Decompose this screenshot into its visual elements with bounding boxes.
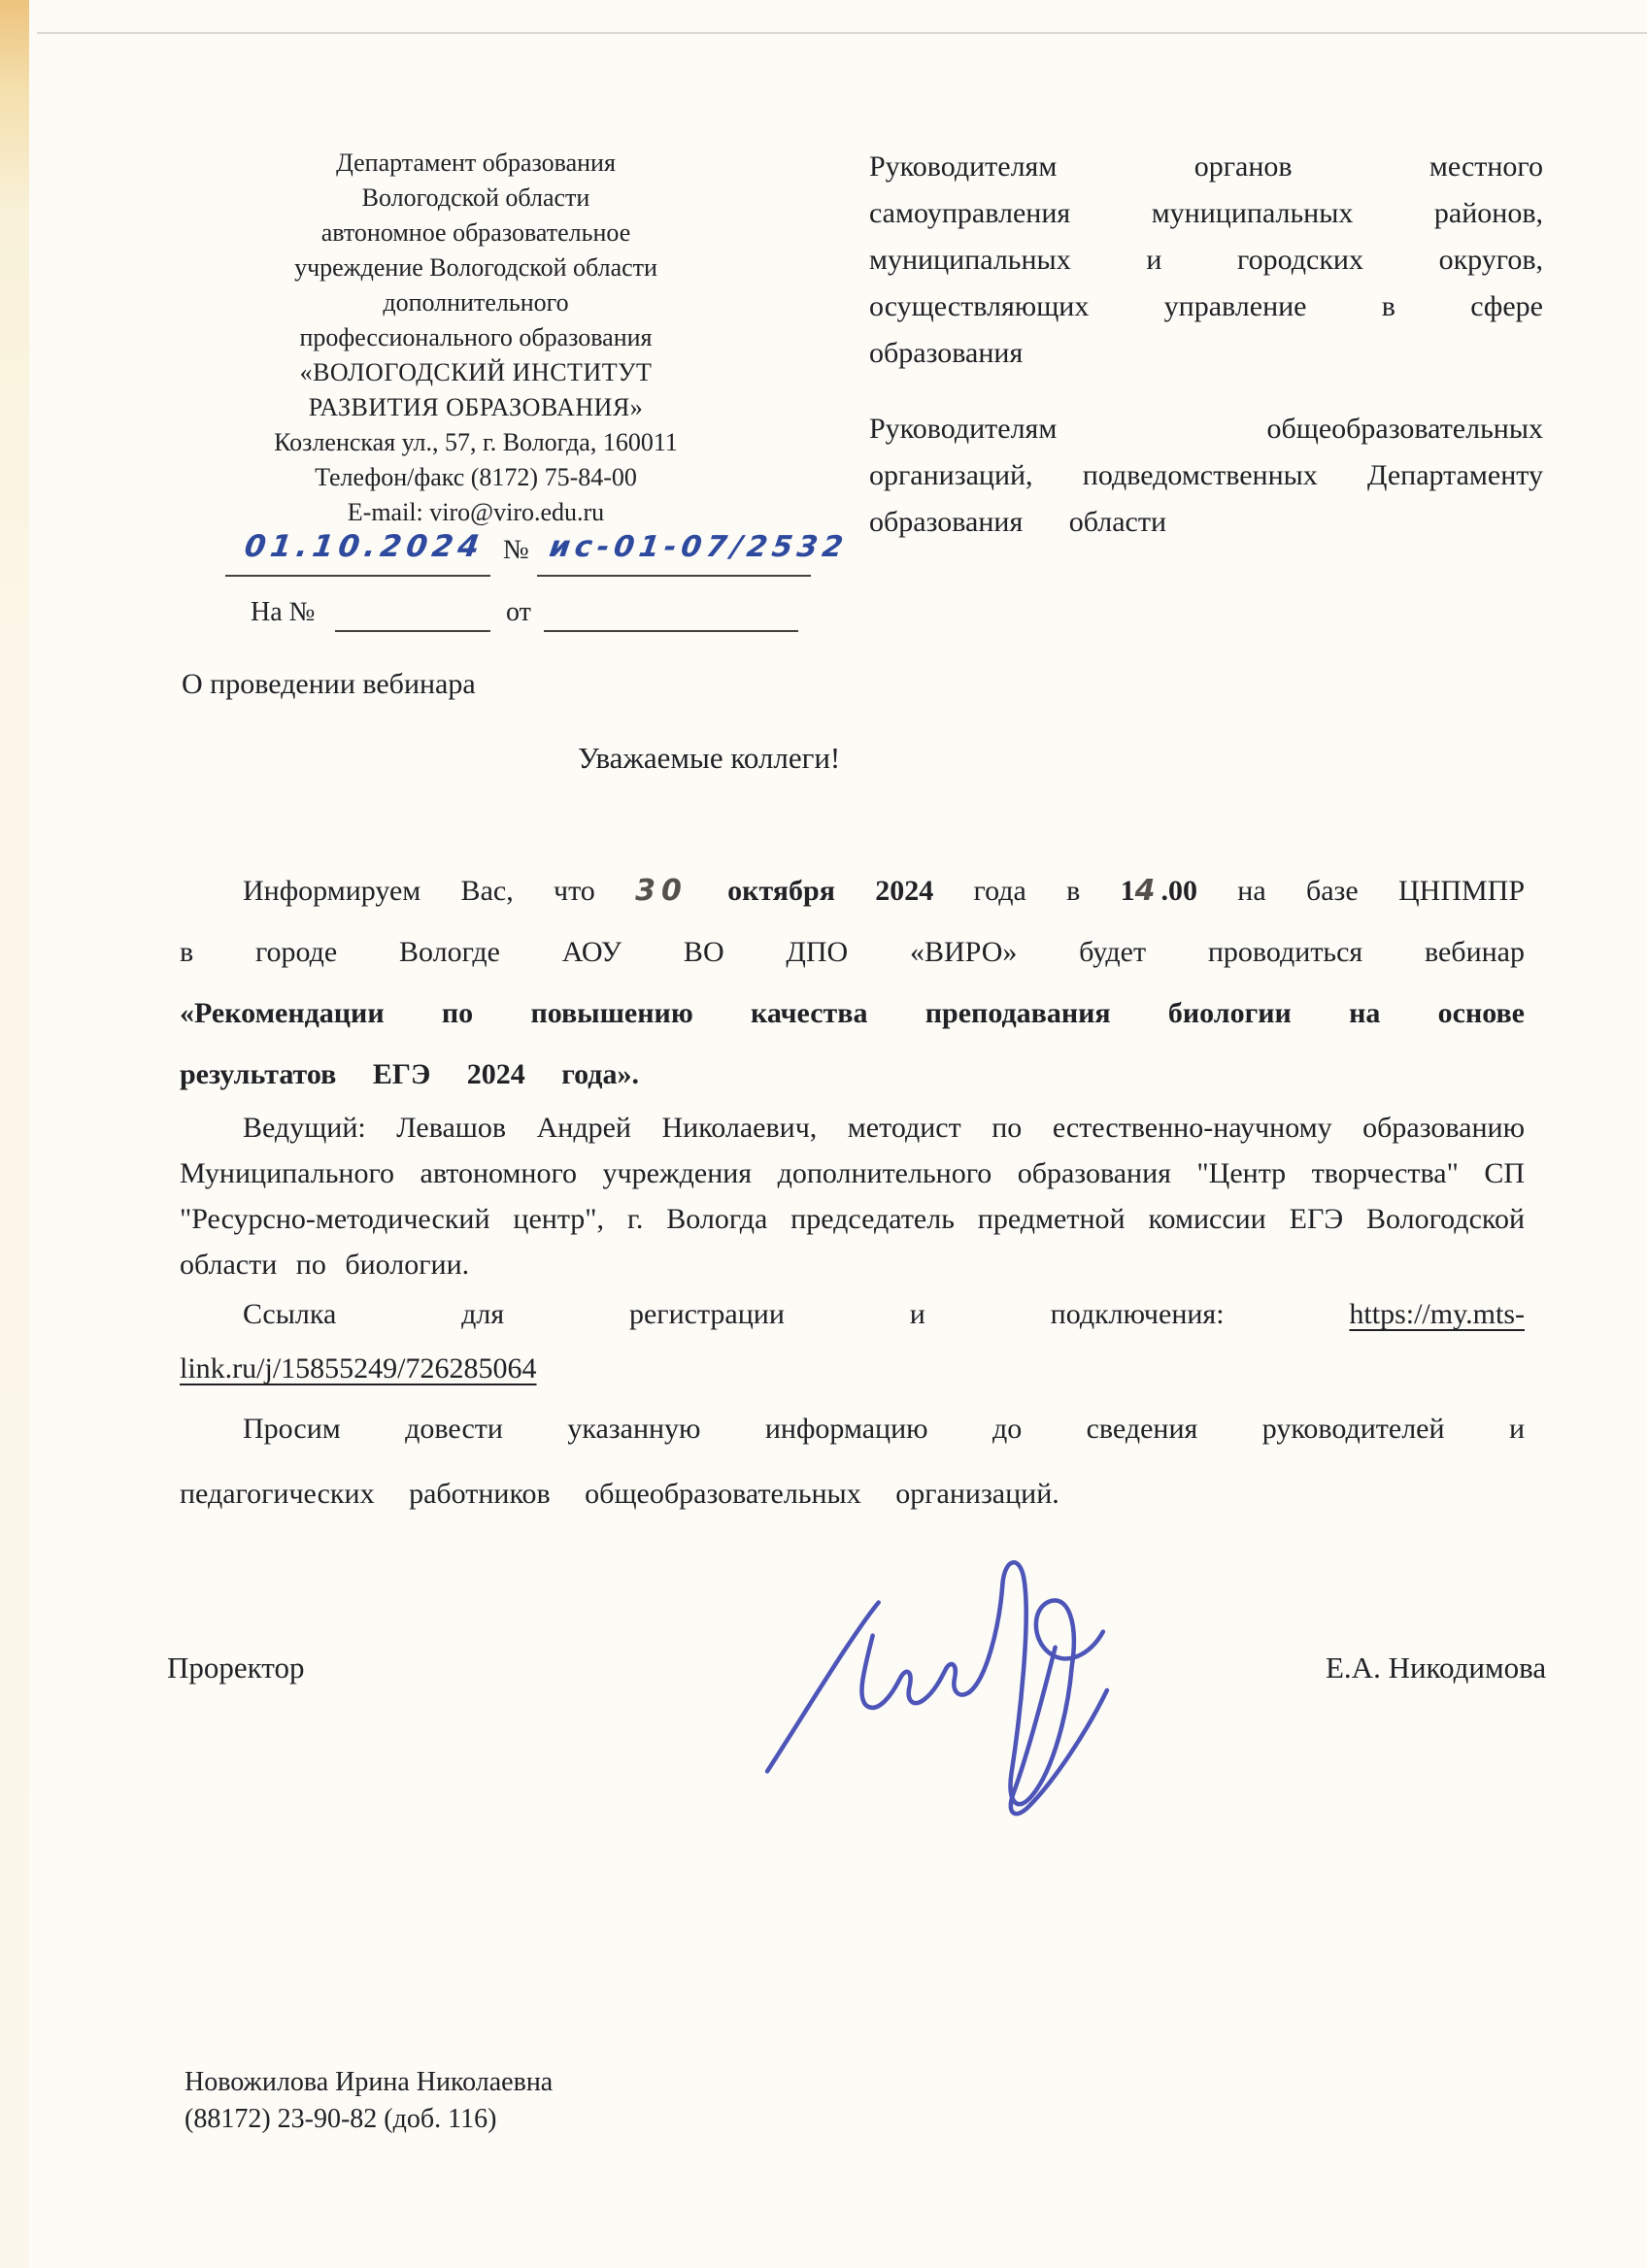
fill-in-line xyxy=(335,630,490,632)
sender-address: Козленская ул., 57, г. Вологда, 160011 xyxy=(204,425,748,460)
fill-in-line xyxy=(544,630,798,632)
reply-to-label: На № xyxy=(251,597,315,628)
body-paragraph-2: Ведущий: Левашов Андрей Николаевич, мето… xyxy=(180,1105,1525,1287)
handwritten-signature xyxy=(750,1542,1130,1854)
handwritten-day-correction: 30 xyxy=(635,874,688,908)
scanned-letter-page: Департамент образования Вологодской обла… xyxy=(0,0,1647,2268)
sender-institute-name: РАЗВИТИЯ ОБРАЗОВАНИЯ» xyxy=(204,390,748,425)
recipients-block: Руководителям органов местного самоуправ… xyxy=(869,144,1543,575)
signer-position: Проректор xyxy=(167,1651,304,1685)
sender-line: дополнительного xyxy=(204,285,748,320)
p1-bold-webinar-title: «Рекомендации по повышению качества преп… xyxy=(180,997,1525,1090)
sender-institute-name: «ВОЛОГОДСКИЙ ИНСТИТУТ xyxy=(204,355,748,390)
number-sign-label: № xyxy=(503,535,529,566)
p1-bold-time: .00 xyxy=(1160,875,1197,907)
p1-bold-date: октября 2024 xyxy=(688,875,974,907)
fill-in-line xyxy=(537,575,811,577)
sender-letterhead: Департамент образования Вологодской обла… xyxy=(204,146,748,530)
body-paragraph-1: Информируем Вас, что 30 октября 2024 год… xyxy=(180,860,1525,1105)
handwritten-hour-correction: 4 xyxy=(1135,874,1161,908)
sender-line: Вологодской области xyxy=(204,181,748,216)
p1-text: года в xyxy=(974,875,1121,907)
recipient-1: Руководителям органов местного самоуправ… xyxy=(869,144,1543,377)
body-paragraph-3: Ссылка для регистрации и подключения: ht… xyxy=(180,1287,1525,1396)
signer-name: Е.А. Никодимова xyxy=(1326,1651,1546,1685)
recipient-2: Руководителям общеобразовательных органи… xyxy=(869,406,1543,546)
executor-contact: Новожилова Ирина Николаевна (88172) 23-9… xyxy=(185,2064,553,2138)
outgoing-date-handwritten: 01.10.2024 xyxy=(242,529,486,564)
subject-line: О проведении вебинара xyxy=(182,668,476,701)
p1-bold-time: 1 xyxy=(1121,875,1135,907)
executor-name: Новожилова Ирина Николаевна xyxy=(185,2064,553,2101)
letter-body: Информируем Вас, что 30 октября 2024 год… xyxy=(180,860,1525,1526)
salutation: Уважаемые коллеги! xyxy=(578,741,840,776)
scan-line-artifact xyxy=(37,32,1647,34)
sender-email: E-mail: viro@viro.edu.ru xyxy=(204,495,748,530)
executor-phone: (88172) 23-90-82 (доб. 116) xyxy=(185,2101,553,2138)
body-paragraph-4: Просим довести указанную информацию до с… xyxy=(180,1396,1525,1526)
sender-line: учреждение Вологодской области xyxy=(204,250,748,285)
outgoing-number-handwritten: ис-01-07/2532 xyxy=(548,530,851,564)
p1-text: Информируем Вас, что xyxy=(243,875,635,907)
fill-in-line xyxy=(225,575,490,577)
sender-line: автономное образовательное xyxy=(204,216,748,250)
sender-phone: Телефон/факс (8172) 75-84-00 xyxy=(204,460,748,495)
scan-edge-artifact xyxy=(0,0,29,2268)
p3-label: Ссылка для регистрации и подключения: xyxy=(243,1298,1349,1330)
sender-line: Департамент образования xyxy=(204,146,748,181)
from-date-label: от xyxy=(506,597,531,628)
sender-line: профессионального образования xyxy=(204,320,748,355)
